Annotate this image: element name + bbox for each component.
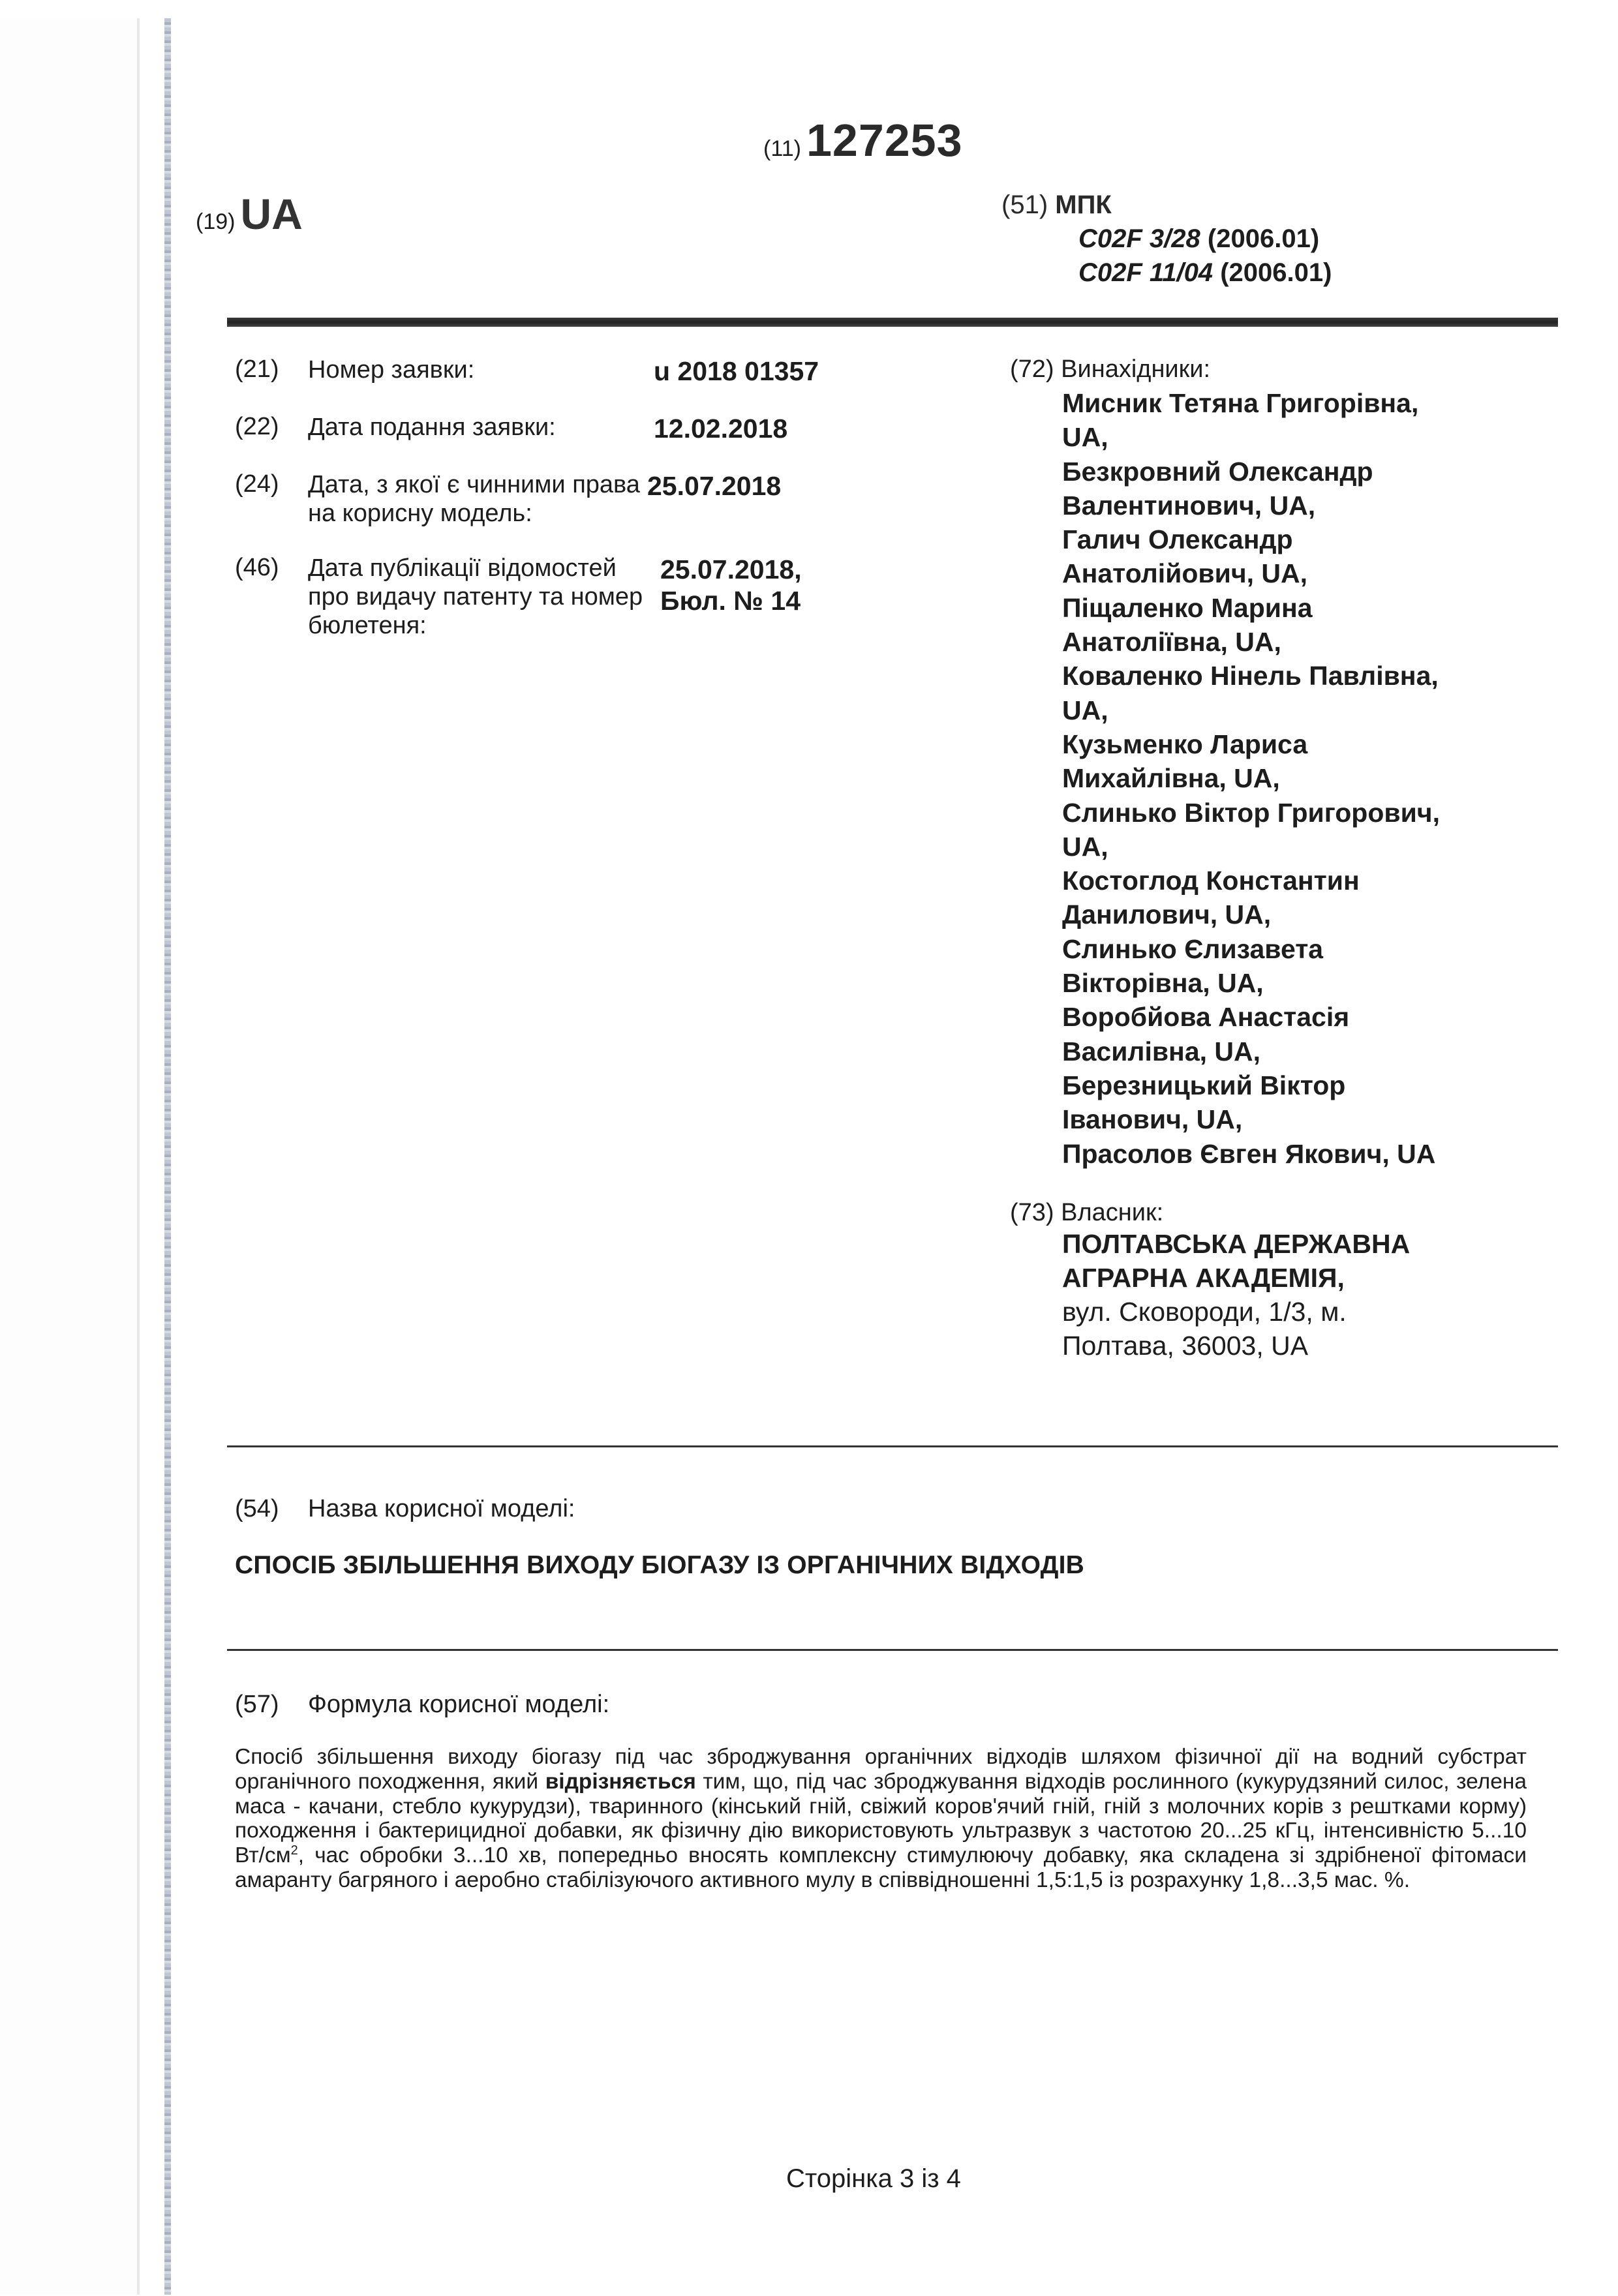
inid-code-72: (72): [1010, 355, 1054, 383]
inventor-line: Прасолов Євген Якович, UA: [1062, 1137, 1440, 1171]
owner-name-line: ПОЛТАВСЬКА ДЕРЖАВНА: [1062, 1227, 1410, 1261]
bib-label: Дата, з якої є чинними права на корисну …: [308, 470, 647, 528]
ipc-label: МПК: [1055, 190, 1111, 219]
scan-margin: [0, 18, 140, 2295]
owner-address-line: Полтава, 36003, UA: [1062, 1329, 1410, 1363]
bib-value: 25.07.2018: [647, 470, 843, 528]
inid-code-54: (54): [235, 1495, 308, 1523]
binding-edge: [164, 18, 171, 2295]
inid-code-57: (57): [235, 1691, 308, 1719]
bib-row-46: (46) Дата публікації відомостей про вида…: [235, 554, 849, 640]
page-number: Сторінка 3 із 4: [786, 2164, 961, 2194]
inventor-line: Іванович, UA,: [1062, 1102, 1440, 1136]
inid-code-19: (19): [196, 209, 235, 234]
owner-label: Власник:: [1061, 1199, 1163, 1226]
bib-row-21: (21) Номер заявки: u 2018 01357: [235, 355, 849, 387]
claim-text: Спосіб збільшення виходу біогазу під час…: [235, 1745, 1527, 1893]
inventor-line: Василівна, UA,: [1062, 1035, 1440, 1068]
country-code: (19)UA: [196, 189, 303, 239]
bib-label: Номер заявки:: [308, 355, 654, 387]
inventor-line: Михайлівна, UA,: [1062, 761, 1440, 795]
utility-model-title: СПОСІБ ЗБІЛЬШЕННЯ ВИХОДУ БІОГАЗУ ІЗ ОРГА…: [235, 1551, 1084, 1580]
inventor-line: Костоглод Константин: [1062, 864, 1440, 898]
owner-block: (73) Власник: ПОЛТАВСЬКА ДЕРЖАВНА АГРАРН…: [1010, 1199, 1410, 1363]
bib-value: 25.07.2018, Бюл. № 14: [660, 554, 830, 640]
owner-name-line: АГРАРНА АКАДЕМІЯ,: [1062, 1261, 1410, 1295]
ipc-class-2: C02F 11/04 (2006.01): [1001, 256, 1332, 290]
claims-label: Формула корисної моделі:: [308, 1691, 609, 1718]
inventor-line: UA,: [1062, 830, 1440, 864]
bib-row-24: (24) Дата, з якої є чинними права на кор…: [235, 470, 849, 528]
owner-address-line: вул. Сковороди, 1/3, м.: [1062, 1295, 1410, 1329]
inventor-line: UA,: [1062, 693, 1440, 727]
inventor-line: Слинько Єлизавета: [1062, 932, 1440, 966]
claims-section-header: (57)Формула корисної моделі:: [235, 1691, 609, 1719]
bib-row-22: (22) Дата подання заявки: 12.02.2018: [235, 413, 849, 444]
inventor-line: Березницький Віктор: [1062, 1068, 1440, 1102]
inventor-line: UA,: [1062, 420, 1440, 454]
inventor-line: Піщаленко Марина: [1062, 591, 1440, 625]
patent-number: (11)127253: [763, 114, 963, 166]
ipc-class-1: C02F 3/28 (2006.01): [1001, 222, 1332, 256]
inventor-line: Валентинович, UA,: [1062, 489, 1440, 522]
inventor-line: Анатолійович, UA,: [1062, 556, 1440, 590]
inventor-line: Кузьменко Лариса: [1062, 727, 1440, 761]
ipc-block: (51) МПК C02F 3/28 (2006.01) C02F 11/04 …: [1001, 188, 1332, 290]
inventors-label: Винахідники:: [1061, 355, 1210, 383]
header-divider: [227, 318, 1558, 327]
inid-code-51: (51): [1001, 190, 1048, 219]
inventor-list: Мисник Тетяна Григорівна,UA,Безкровний О…: [1010, 386, 1440, 1171]
title-label: Назва корисної моделі:: [308, 1495, 575, 1522]
country-value: UA: [240, 190, 302, 238]
title-section-header: (54)Назва корисної моделі:: [235, 1495, 575, 1523]
inventor-line: Мисник Тетяна Григорівна,: [1062, 386, 1440, 420]
section-divider: [227, 1445, 1558, 1447]
inventor-line: Слинько Віктор Григорович,: [1062, 796, 1440, 830]
inventor-line: Безкровний Олександр: [1062, 455, 1440, 489]
inventor-line: Данилович, UA,: [1062, 898, 1440, 931]
patent-number-value: 127253: [806, 115, 963, 166]
inventors-block: (72) Винахідники: Мисник Тетяна Григорів…: [1010, 355, 1440, 1171]
bibliographic-data: (21) Номер заявки: u 2018 01357 (22) Дат…: [235, 355, 849, 666]
bib-value: u 2018 01357: [654, 355, 849, 387]
inventor-line: Воробйова Анастасія: [1062, 1000, 1440, 1034]
inid-code-73: (73): [1010, 1199, 1054, 1226]
bib-value: 12.02.2018: [654, 413, 849, 444]
bib-label: Дата публікації відомостей про видачу па…: [308, 554, 660, 640]
inventor-line: Коваленко Нінель Павлівна,: [1062, 659, 1440, 693]
bib-label: Дата подання заявки:: [308, 413, 654, 444]
inid-code-11: (11): [763, 136, 801, 161]
section-divider: [227, 1649, 1558, 1651]
inventor-line: Анатоліївна, UA,: [1062, 625, 1440, 659]
inventor-line: Галич Олександр: [1062, 522, 1440, 556]
inventor-line: Вікторівна, UA,: [1062, 966, 1440, 1000]
